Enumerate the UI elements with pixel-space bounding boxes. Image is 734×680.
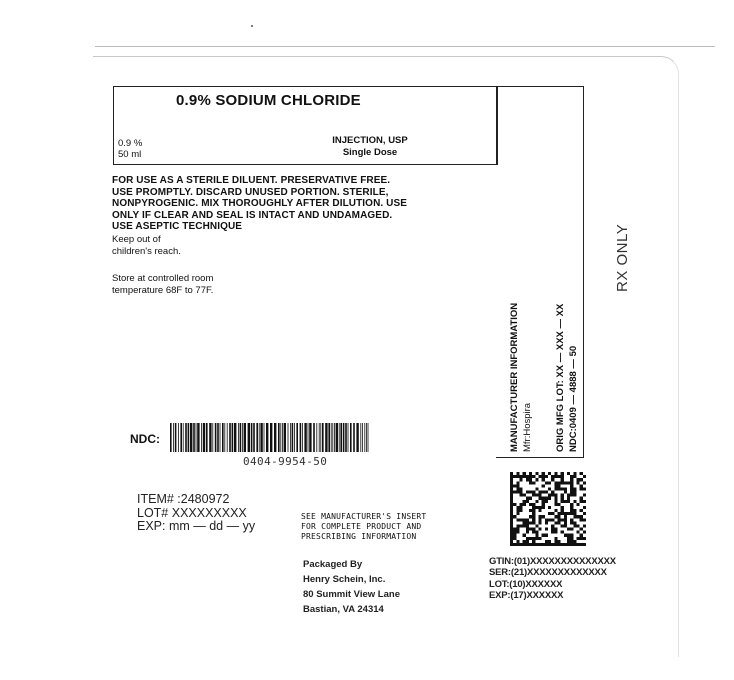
concentration: 0.9 % — [118, 138, 142, 149]
warning-line: USE ASEPTIC TECHNIQUE — [112, 221, 407, 233]
manufacturer-heading: MANUFACTURER INFORMATION — [509, 303, 521, 452]
barcode-icon — [170, 423, 370, 452]
ndc-label: NDC: — [130, 432, 160, 446]
volume: 50 ml — [118, 149, 142, 160]
storage-notice: Store at controlled room temperature 68F… — [112, 273, 213, 296]
storage-line: temperature 68F to 77F. — [112, 285, 213, 297]
warning-line: NONPYROGENIC. MIX THOROUGHLY AFTER DILUT… — [112, 198, 407, 210]
packager-info: Packaged By Henry Schein, Inc. 80 Summit… — [303, 557, 400, 617]
datamatrix-icon — [510, 472, 586, 546]
gs1-codes: GTIN:(01)XXXXXXXXXXXXXX SER:(21)XXXXXXXX… — [489, 556, 616, 601]
warning-line: ONLY IF CLEAR AND SEAL IS INTACT AND UND… — [112, 210, 407, 222]
manufacturer-name: Mfr:Hospira — [522, 403, 534, 452]
item-lot-exp: ITEM# :2480972 LOT# XXXXXXXXX EXP: mm — … — [137, 493, 255, 534]
barcode-number: 0404-9954-50 — [243, 455, 327, 468]
insert-line: PRESCRIBING INFORMATION — [301, 532, 426, 542]
keep-out-line: Keep out of — [112, 234, 181, 246]
expiration: EXP: mm — dd — yy — [137, 520, 255, 534]
concentration-volume: 0.9 % 50 ml — [118, 138, 142, 160]
warning-line: FOR USE AS A STERILE DILUENT. PRESERVATI… — [112, 175, 407, 187]
serial: SER:(21)XXXXXXXXXXXXX — [489, 567, 616, 578]
keep-out-notice: Keep out of children's reach. — [112, 234, 181, 257]
orig-ndc: NDC:0409 — 4888 — 50 — [568, 346, 580, 452]
orig-mfg-lot: ORIG MFG LOT: XX — XXX — XX — [555, 304, 567, 452]
gs1-lot: LOT:(10)XXXXXX — [489, 579, 616, 590]
scan-speck — [251, 25, 253, 27]
dose-type: Single Dose — [320, 147, 420, 159]
rx-only: RX ONLY — [614, 224, 632, 292]
packager-line: 80 Summit View Lane — [303, 587, 400, 602]
keep-out-line: children's reach. — [112, 246, 181, 258]
warning-line: USE PROMPTLY. DISCARD UNUSED PORTION. ST… — [112, 187, 407, 199]
gs1-exp: EXP:(17)XXXXXX — [489, 590, 616, 601]
label-top-edge — [95, 46, 715, 47]
lot-number: LOT# XXXXXXXXX — [137, 507, 255, 521]
storage-line: Store at controlled room — [112, 273, 213, 285]
packager-line: Packaged By — [303, 557, 400, 572]
insert-line: SEE MANUFACTURER'S INSERT — [301, 512, 426, 522]
route-dose: INJECTION, USP Single Dose — [320, 135, 420, 159]
insert-note: SEE MANUFACTURER'S INSERT FOR COMPLETE P… — [301, 512, 426, 542]
packager-line: Bastian, VA 24314 — [303, 602, 400, 617]
product-title: 0.9% SODIUM CHLORIDE — [176, 92, 361, 109]
route: INJECTION, USP — [320, 135, 420, 147]
warnings: FOR USE AS A STERILE DILUENT. PRESERVATI… — [112, 175, 407, 233]
gtin: GTIN:(01)XXXXXXXXXXXXXX — [489, 556, 616, 567]
insert-line: FOR COMPLETE PRODUCT AND — [301, 522, 426, 532]
item-number: ITEM# :2480972 — [137, 493, 255, 507]
packager-line: Henry Schein, Inc. — [303, 572, 400, 587]
